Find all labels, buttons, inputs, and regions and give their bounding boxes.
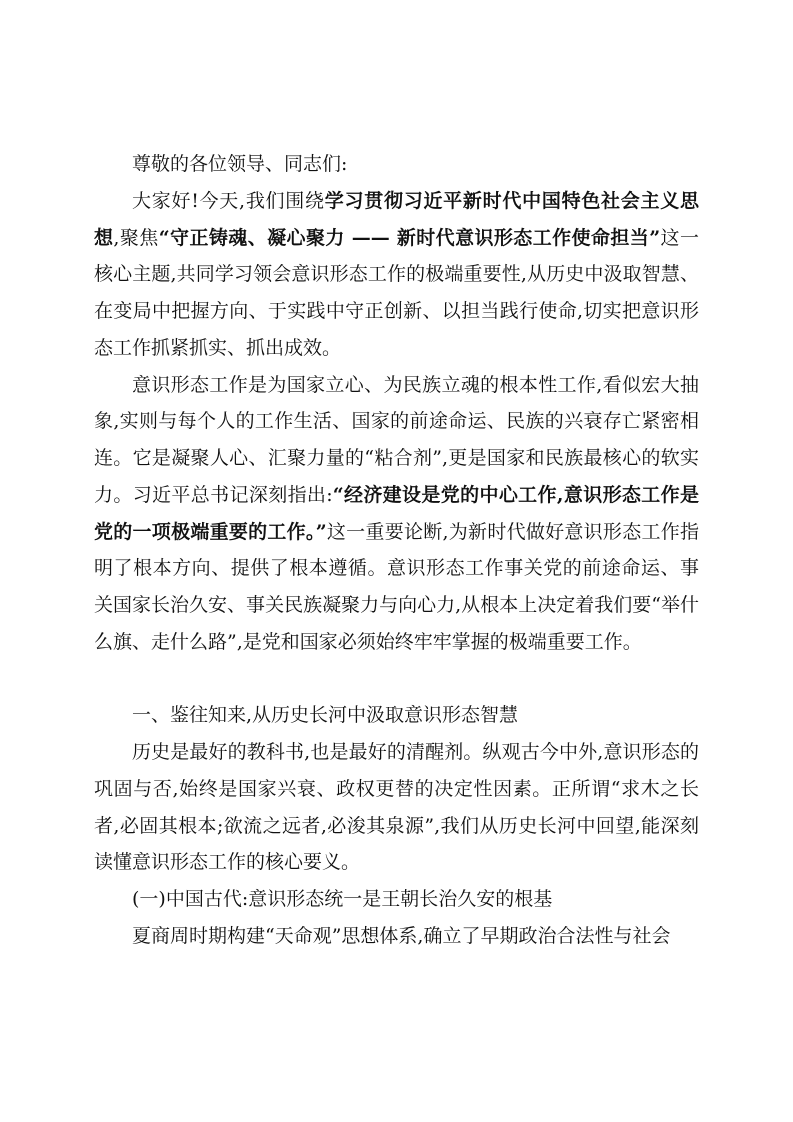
text-run: 夏商周时期构建“天命观”思想体系,确立了早期政治合法性与社会 — [132, 925, 670, 947]
empty-line — [94, 661, 699, 698]
paragraph: 大家好!今天,我们围绕学习贯彻习近平新时代中国特色社会主义思想,聚焦“守正铸魂、… — [94, 183, 699, 367]
text-run: 一、鉴往知来,从历史长河中汲取意识形态智慧 — [132, 704, 518, 726]
text-run: 历史是最好的教科书,也是最好的清醒剂。纵观古今中外,意识形态的巩固与否,始终是国… — [94, 741, 699, 873]
paragraph: 历史是最好的教科书,也是最好的清醒剂。纵观古今中外,意识形态的巩固与否,始终是国… — [94, 734, 699, 881]
paragraph: 夏商周时期构建“天命观”思想体系,确立了早期政治合法性与社会 — [94, 918, 699, 955]
heading: (一)中国古代:意识形态统一是王朝长治久安的根基 — [94, 881, 699, 918]
paragraph: 尊敬的各位领导、同志们: — [94, 146, 699, 183]
text-run: 尊敬的各位领导、同志们: — [132, 153, 347, 175]
bold-text-run: “守正铸魂、凝心聚力 —— 新时代意识形态工作使命担当” — [159, 227, 660, 249]
text-run: (一)中国古代:意识形态统一是王朝长治久安的根基 — [132, 888, 552, 910]
text-run: 大家好!今天,我们围绕 — [132, 190, 325, 212]
paragraph: 意识形态工作是为国家立心、为民族立魂的根本性工作,看似宏大抽象,实则与每个人的工… — [94, 367, 699, 661]
heading: 一、鉴往知来,从历史长河中汲取意识形态智慧 — [94, 697, 699, 734]
document-page: 尊敬的各位领导、同志们:大家好!今天,我们围绕学习贯彻习近平新时代中国特色社会主… — [0, 0, 793, 1122]
text-run: ,聚焦 — [113, 227, 158, 249]
